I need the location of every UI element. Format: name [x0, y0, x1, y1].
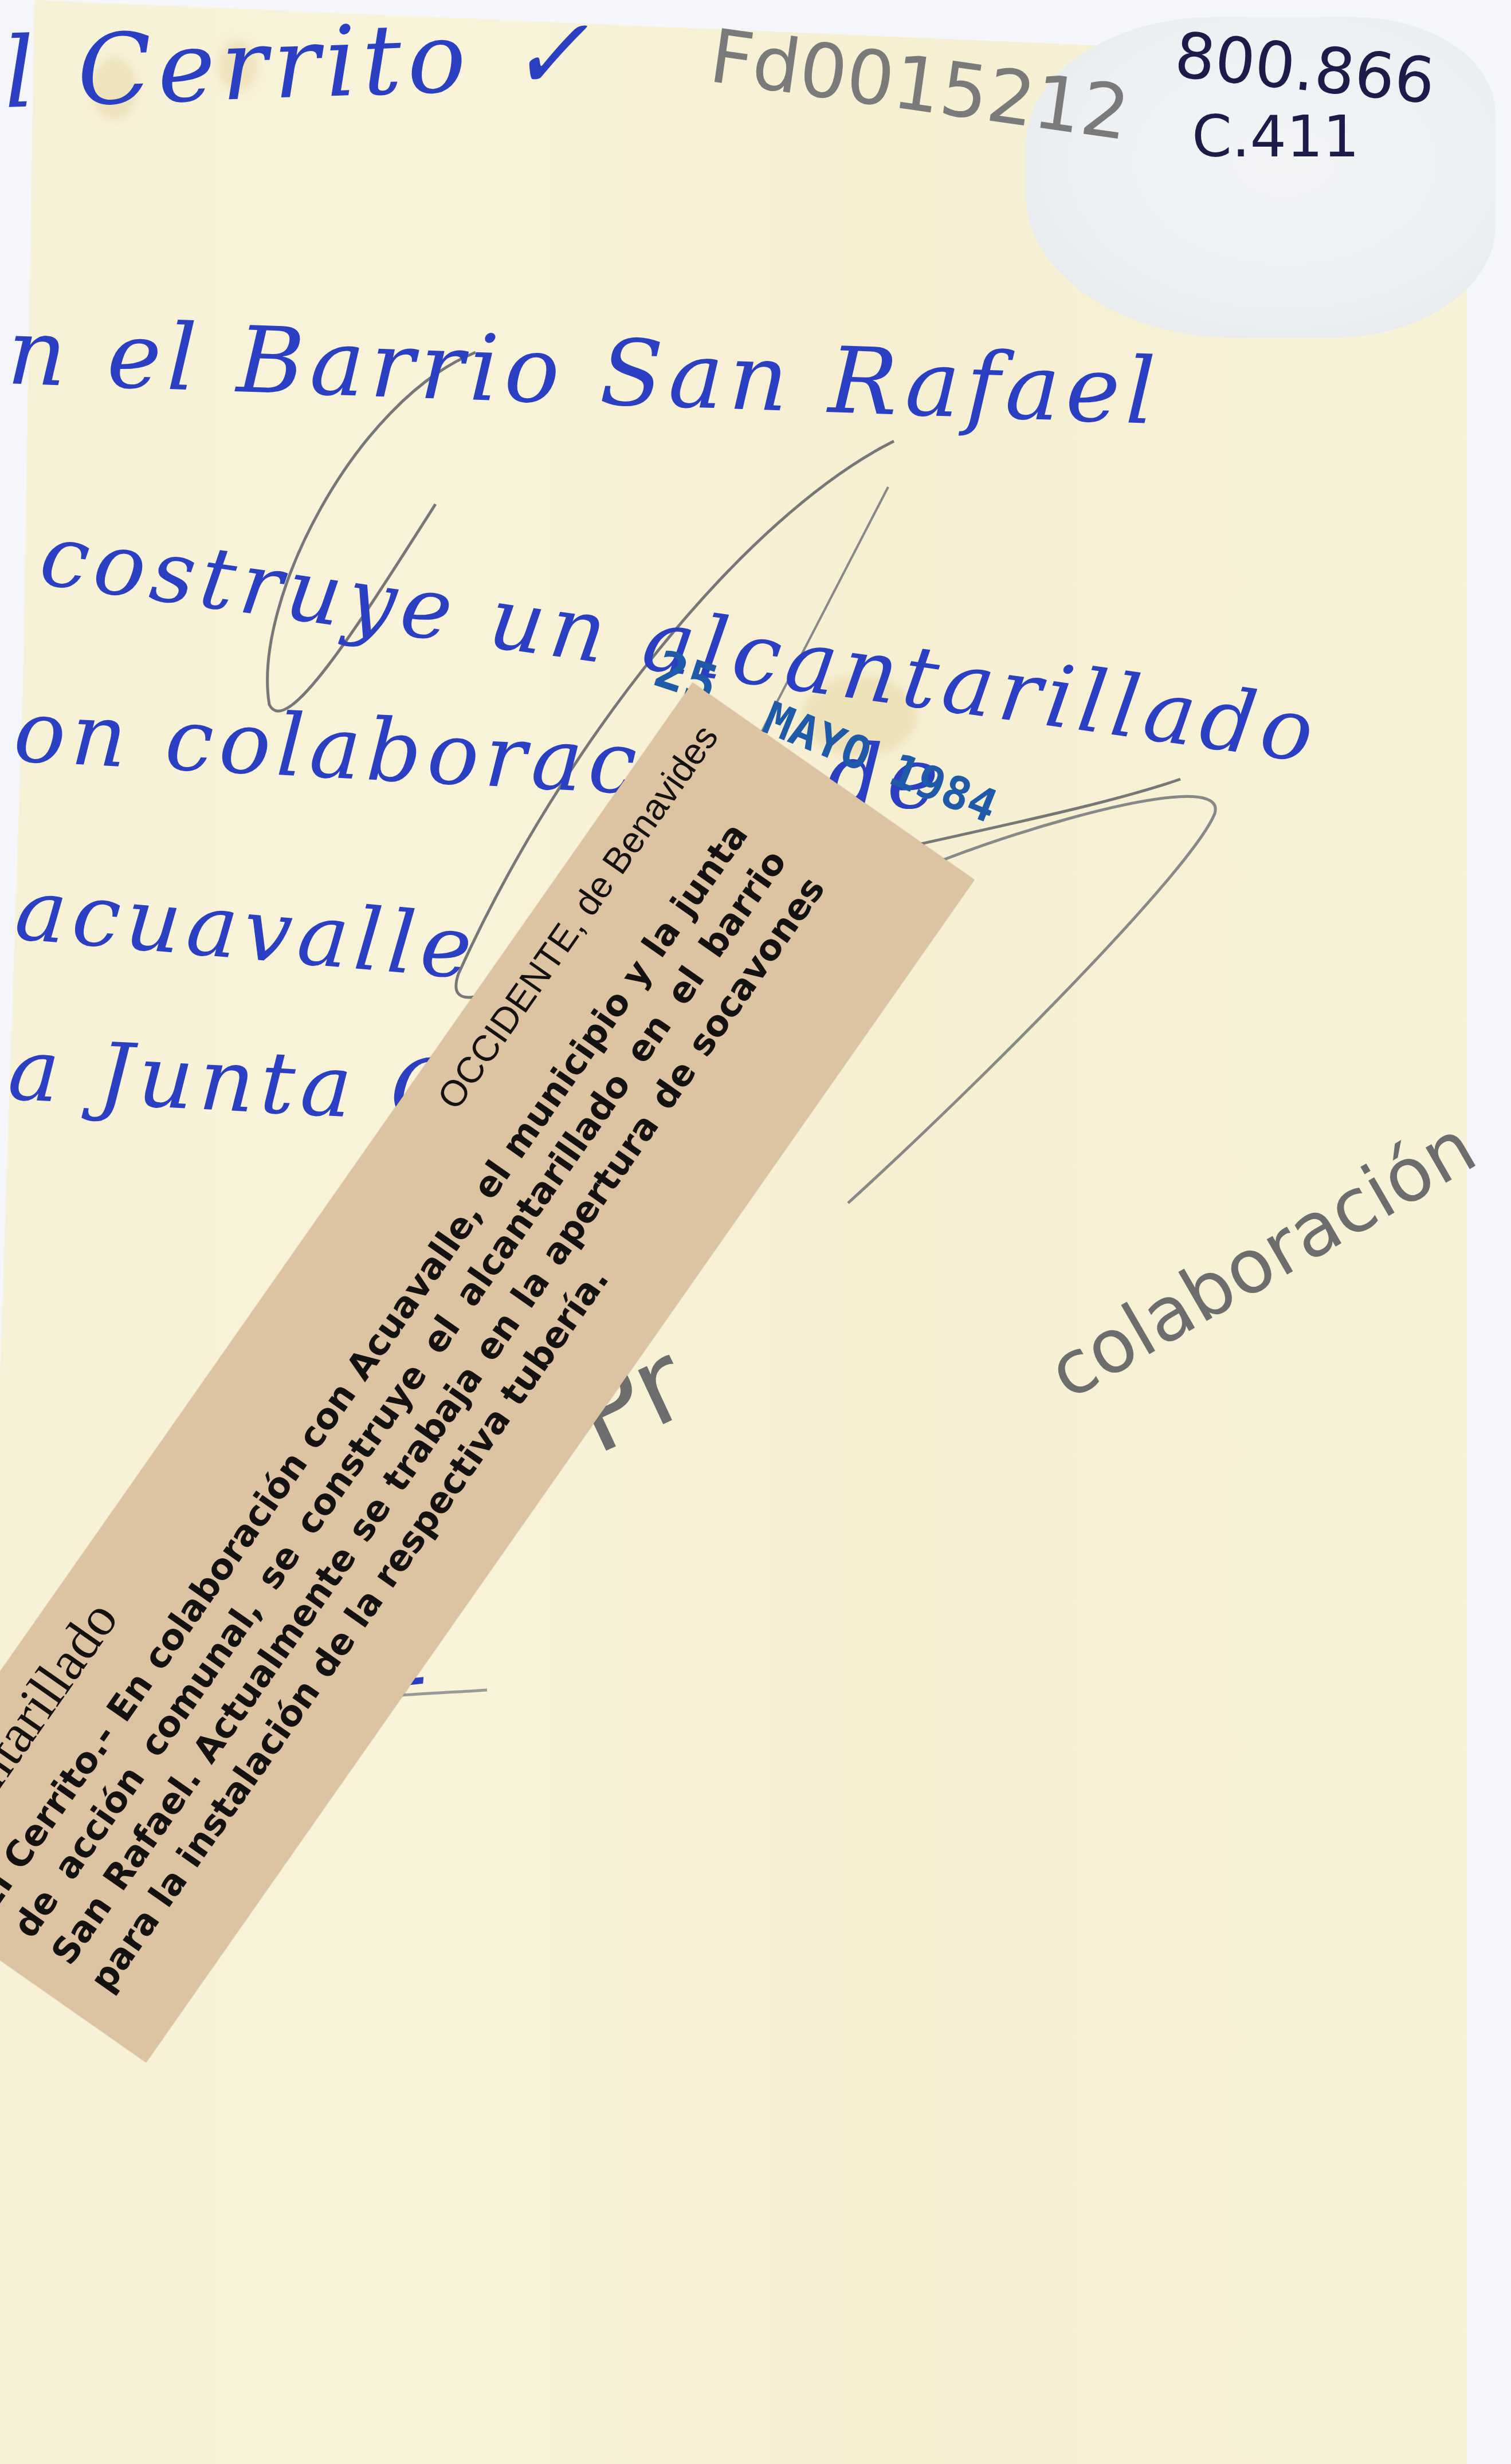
catalog-code-line2: C.411	[1192, 103, 1359, 170]
handwritten-line-1: l Cerrito ✓	[2, 0, 597, 131]
